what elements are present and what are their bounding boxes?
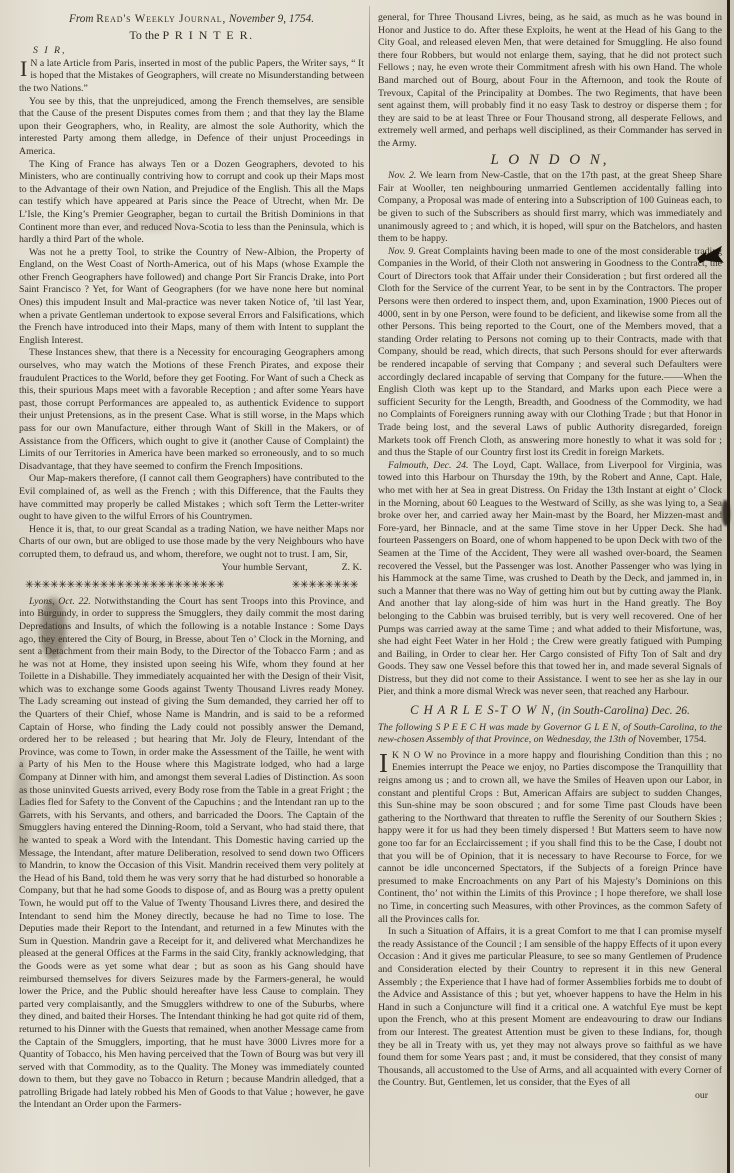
lyons-text: Notwithstanding the Court has sent Troop… xyxy=(19,596,364,1111)
page-edge-rule xyxy=(727,0,730,1173)
charlestown-title: C H A R L E S-T O W N, xyxy=(410,703,555,717)
speech-paragraph-2: In such a Situation of Affairs, it is a … xyxy=(378,926,722,1090)
lyons-dateline: Lyons, Oct. 22. xyxy=(29,596,91,607)
newspaper-page: From Read's Weekly Journal, November 9, … xyxy=(0,0,734,1173)
letter-closing-inline: I am, Sir, xyxy=(312,549,348,560)
masthead-prefix: From xyxy=(69,13,93,25)
letter-paragraph-4: Was not he a pretty Tool, to strike the … xyxy=(19,247,364,348)
speech-intro-date: November, 1754. xyxy=(638,734,706,745)
signature: Z. K. xyxy=(342,562,362,575)
masthead-title: Read's Weekly Journal, xyxy=(96,13,226,25)
charlestown-sub: (in South-Carolina) Dec. 26. xyxy=(558,705,690,717)
letter-paragraph-3: The King of France has always Ten or a D… xyxy=(19,159,364,247)
nov9-item: Nov. 9. Great Complaints having been mad… xyxy=(378,246,722,460)
ornament-row-short: ✳✳✳✳✳✳✳✳ xyxy=(292,579,358,592)
lyons-article: Lyons, Oct. 22. Notwithstanding the Cour… xyxy=(19,596,364,1112)
falmouth-dateline: Falmouth, Dec. 24. xyxy=(388,460,468,471)
nov2-text: We learn from New-Castle, that on the 17… xyxy=(378,170,722,244)
nov2-dateline: Nov. 2. xyxy=(388,170,416,181)
right-column: general, for Three Thousand Livres, bein… xyxy=(378,12,722,1170)
letter-paragraph-7: Hence it is, that, to our great Scandal … xyxy=(19,524,364,562)
to-printer-pre: To the xyxy=(129,28,162,42)
drop-cap-letter: I xyxy=(19,58,30,78)
masthead: From Read's Weekly Journal, November 9, … xyxy=(19,13,364,26)
london-heading: L O N D O N, xyxy=(378,154,722,167)
letter-paragraph-1: I N a late Article from Paris, inserted … xyxy=(19,58,364,96)
column-divider-rule xyxy=(369,6,370,1167)
letter-paragraph-2: You see by this, that the unprejudiced, … xyxy=(19,96,364,159)
to-printer-heading: To the P R I N T E R. xyxy=(19,29,364,42)
salutation: S I R, xyxy=(19,45,364,58)
ink-dot-mark xyxy=(722,500,730,526)
letter-paragraph-1-text: N a late Article from Paris, inserted in… xyxy=(19,58,364,94)
charlestown-heading: C H A R L E S-T O W N, (in South-Carolin… xyxy=(378,704,722,718)
to-printer-main: P R I N T E R. xyxy=(163,28,254,42)
nov9-text: Great Complaints having been made to one… xyxy=(378,246,722,459)
left-column: From Read's Weekly Journal, November 9, … xyxy=(19,13,364,1171)
speech-paragraph-1: I K N O W no Province in a more happy an… xyxy=(378,750,722,926)
catchword: our xyxy=(378,1090,722,1103)
nov2-item: Nov. 2. We learn from New-Castle, that o… xyxy=(378,170,722,246)
falmouth-item: Falmouth, Dec. 24. The Loyd, Capt. Walla… xyxy=(378,460,722,699)
nov9-dateline: Nov. 9. xyxy=(388,246,416,257)
letter-paragraph-5: These Instances shew, that there is a Ne… xyxy=(19,347,364,473)
closing-servant: Your humble Servant, xyxy=(222,562,308,575)
falmouth-text: The Loyd, Capt. Wallace, from Liverpool … xyxy=(378,460,722,698)
speech-intro: The following S P E E C H was made by Go… xyxy=(378,722,722,747)
ornament-row-long: ✳✳✳✳✳✳✳✳✳✳✳✳✳✳✳✳✳✳✳✳✳✳✳✳ xyxy=(25,579,224,592)
masthead-date: November 9, 1754. xyxy=(229,13,314,25)
speech-paragraph-1-text: K N O W no Province in a more happy and … xyxy=(378,750,722,925)
letter-closing-line: Your humble Servant, Z. K. xyxy=(19,562,364,575)
ornament-divider: ✳✳✳✳✳✳✳✳✳✳✳✳✳✳✳✳✳✳✳✳✳✳✳✳ ✳✳✳✳✳✳✳✳ xyxy=(19,579,364,592)
drop-cap-speech: I xyxy=(378,750,392,774)
letter-paragraph-6: Our Map-makers therefore, (I cannot call… xyxy=(19,473,364,523)
lyons-continuation: general, for Three Thousand Livres, bein… xyxy=(378,12,722,151)
